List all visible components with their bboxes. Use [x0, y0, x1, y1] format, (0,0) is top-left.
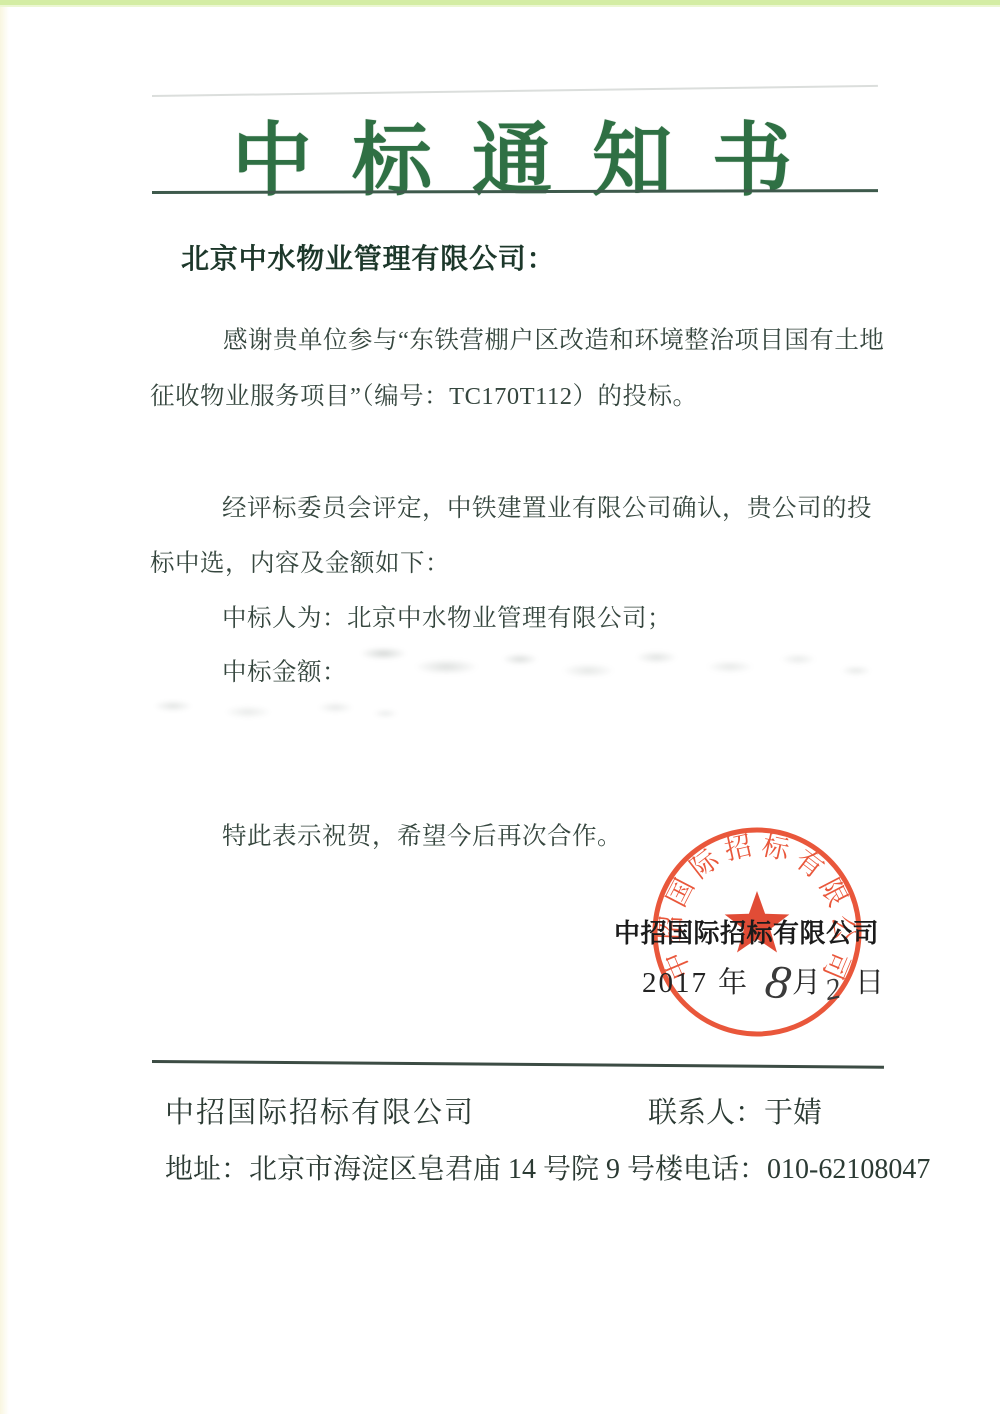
- paragraph2-line2: 标中选，内容及金额如下：: [150, 544, 450, 579]
- footer-phone: 电话：010-62108047: [683, 1147, 930, 1187]
- award-notice-document: 中标通知书 北京中水物业管理有限公司： 感谢贵单位参与“东铁营棚户区改造和环境整…: [0, 0, 1000, 1414]
- scan-left-edge-strip: [0, 7, 9, 1414]
- date-month-unit: 月: [792, 960, 821, 1001]
- date-year-unit: 年: [718, 960, 747, 1001]
- paragraph1-line1: 感谢贵单位参与“东铁营棚户区改造和环境整治项目国有土地: [223, 321, 884, 356]
- congratulations-line: 特此表示祝贺，希望今后再次合作。: [222, 817, 622, 852]
- signing-company: 中招国际招标有限公司: [614, 913, 879, 950]
- paragraph1-line2: 征收物业服务项目”（编号：TC170T112）的投标。: [150, 377, 698, 412]
- paragraph2-line1: 经评标委员会评定，中铁建置业有限公司确认，贵公司的投: [222, 489, 872, 524]
- redacted-amount-smudge-2: [148, 694, 398, 724]
- footer-address: 地址：北京市海淀区皂君庙 14 号院 9 号楼: [165, 1147, 683, 1187]
- document-title: 中标通知书: [232, 96, 832, 211]
- date-month-handwritten: 8: [766, 981, 790, 985]
- footer-contact-person: 联系人：于婧: [648, 1090, 822, 1131]
- date-day-unit: 日: [855, 960, 884, 1001]
- footer-company: 中招国际招标有限公司: [165, 1090, 475, 1131]
- redacted-amount-smudge-1: [352, 644, 877, 682]
- winner-line: 中标人为：北京中水物业管理有限公司；: [222, 599, 672, 634]
- bid-amount-label: 中标金额：: [222, 653, 347, 688]
- footer-divider-rule: [152, 1060, 884, 1069]
- signature-date: 2017 年 8 月 2 日: [642, 960, 884, 1001]
- addressee-company: 北京中水物业管理有限公司：: [181, 237, 555, 277]
- date-year: 2017: [642, 967, 708, 1000]
- scan-top-edge-strip: [0, 0, 1000, 7]
- footer-address-row: 地址：北京市海淀区皂君庙 14 号院 9 号楼 电话：010-62108047: [165, 1147, 875, 1187]
